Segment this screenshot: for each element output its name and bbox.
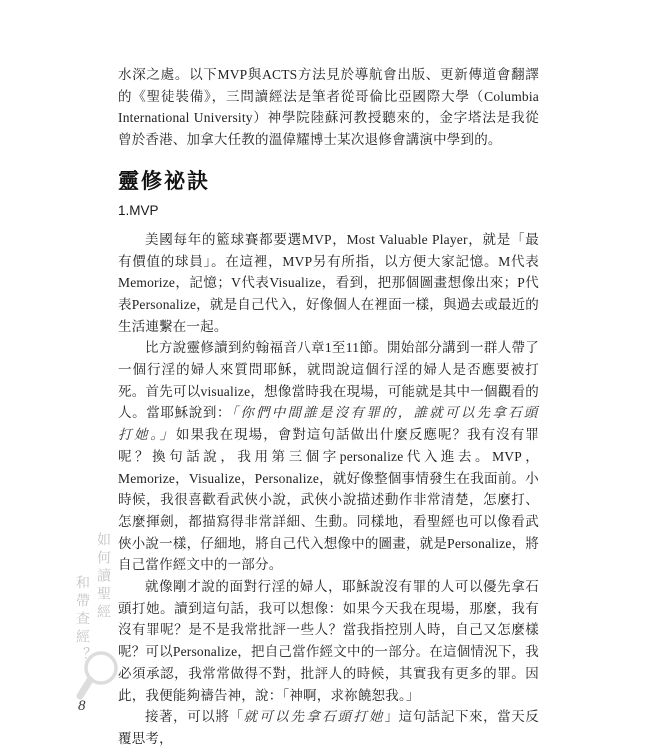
text-run: 接著，可以將「 bbox=[145, 709, 244, 724]
paragraph: 接著，可以將「就可以先拿石頭打她」這句話記下來，當天反覆思考， bbox=[118, 706, 539, 749]
page-content: 水深之處。以下MVP與ACTS方法見於導航會出版、更新傳道會翻譯的《聖徒裝備》，… bbox=[118, 64, 539, 750]
paragraph: 比方說靈修讀到約翰福音八章1至11節。開始部分講到一群人帶了一個行淫的婦人來質問… bbox=[118, 337, 539, 576]
book-page: 如何讀聖經 和帶查經？ 8 水深之處。以下MVP與ACTS方法見於導航會出版、更… bbox=[0, 0, 650, 750]
text-run: 美國每年的籃球賽都要選MVP，Most Valuable Player，就是「最… bbox=[118, 232, 539, 334]
subsection-heading: 1.MVP bbox=[118, 203, 539, 218]
scripture-quote: 就可以先拿石頭打她 bbox=[244, 709, 385, 724]
paragraph: 美國每年的籃球賽都要選MVP，Most Valuable Player，就是「最… bbox=[118, 229, 539, 338]
text-run: 就像剛才說的面對行淫的婦人，耶穌說沒有罪的人可以優先拿石頭打她。讀到這句話，我可… bbox=[118, 579, 539, 703]
body-paragraphs: 美國每年的籃球賽都要選MVP，Most Valuable Player，就是「最… bbox=[118, 229, 539, 750]
intro-paragraph: 水深之處。以下MVP與ACTS方法見於導航會出版、更新傳道會翻譯的《聖徒裝備》，… bbox=[118, 64, 539, 151]
page-number: 8 bbox=[78, 698, 86, 715]
text-run: 如果我在現場，會對這句話做出什麼反應呢？我有沒有罪呢？換句話說，我用第三個字pe… bbox=[118, 427, 539, 572]
section-heading: 靈修祕訣 bbox=[118, 165, 539, 195]
paragraph: 就像剛才說的面對行淫的婦人，耶穌說沒有罪的人可以優先拿石頭打她。讀到這句話，我可… bbox=[118, 576, 539, 706]
book-title-vertical-right: 如何讀聖經 bbox=[92, 532, 112, 622]
magnifier-icon bbox=[74, 645, 124, 705]
text-run: 水深之處。以下MVP與ACTS方法見於導航會出版、更新傳道會翻譯的《聖徒裝備》，… bbox=[118, 67, 539, 147]
